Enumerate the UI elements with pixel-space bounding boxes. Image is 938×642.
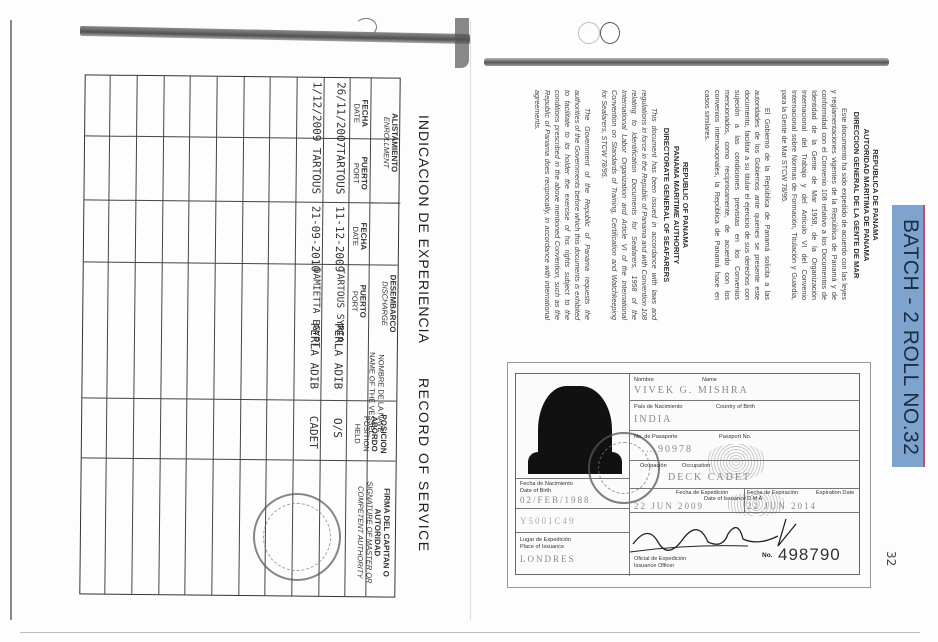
date-of-birth: 02/FEB/1988 <box>520 495 591 505</box>
card-number: 498790 <box>778 545 841 565</box>
batch-roll-label: BATCH - 2 ROLL NO.32 <box>898 219 922 455</box>
dob-label-es: Fecha de Nacimiento <box>520 481 573 487</box>
holder-name: VIVEK G. MISHRA <box>634 385 749 396</box>
signature-header: FIRMA DEL CAPITAN O AUTORIDADSIGNATURE O… <box>355 468 392 596</box>
entry-2-position: CADET <box>307 416 320 449</box>
dob-label-en: Date of Birth <box>520 488 551 494</box>
occupation-label-es: Ocupación <box>640 463 667 469</box>
record-title-english: RECORD OF SERVICE <box>416 378 432 553</box>
entry-1-vessel: PERLA ADIB <box>331 323 345 389</box>
discharge-port-header: PUERTOPORT <box>349 278 367 324</box>
officer-signature-icon <box>628 514 798 554</box>
punch-hole <box>355 18 377 36</box>
place-label-en: Place of Issuance <box>520 544 564 550</box>
issue-date: 22 JUN 2009 <box>634 501 704 511</box>
expiry-label-en: Expiration Date <box>816 490 854 496</box>
card-number-label: No. <box>762 552 772 559</box>
passport-number: …90978 <box>646 444 693 455</box>
enroll-date-header: FECHADATE <box>351 90 369 136</box>
expiry-date: 22 JUN 2014 <box>747 501 817 511</box>
binding-shadow-left <box>80 26 470 44</box>
name-label-es: Nombre <box>634 377 654 383</box>
enrollment-header: ALISTAMIENTOENROLLMENT <box>381 86 400 198</box>
birth-country: INDIA <box>634 414 672 425</box>
binding-shadow-corner <box>455 18 469 68</box>
birth-country-label-en: Country of Birth <box>716 404 755 410</box>
page-fold <box>470 20 471 620</box>
place-label-es: Lugar de Expedición <box>520 537 571 543</box>
scanned-seaman-book: INDICACION DE EXPERIENCIA RECORD OF SERV… <box>0 0 938 642</box>
reference-code: Y5001C49 <box>520 516 576 526</box>
record-title-spanish: INDICACION DE EXPERIENCIA <box>416 115 432 344</box>
discharge-date-header: FECHADATE <box>350 213 368 259</box>
page-edge <box>10 20 12 620</box>
page-edge-bottom <box>20 632 920 633</box>
entry-2-vessel: PERLA ADIB <box>307 323 321 389</box>
name-label-en: Name <box>702 377 717 383</box>
entry-1-enroll-port: TARTOUS <box>333 148 346 194</box>
official-stamp-icon <box>253 493 341 581</box>
spanish-notice: REPUBLICA DE PANAMA AUTORIDAD MARITIMA D… <box>695 90 880 300</box>
issue-label-en: Date of Issuance <box>704 496 746 502</box>
batch-roll-tag: BATCH - 2 ROLL NO.32 <box>892 205 925 467</box>
position-header: POSICION ABORDOPOSITION HELD <box>352 406 388 461</box>
birth-country-label-es: País de Nacimiento <box>634 404 683 410</box>
record-of-service-table: ALISTAMIENTOENROLLMENT DESEMBARCODISCHAR… <box>79 74 400 597</box>
passport-label-es: No. de Pasaporte <box>634 434 678 440</box>
entry-2-enroll-date: 1/12/2009 <box>310 82 324 142</box>
officer-label-en: Issuance Officer <box>634 563 674 569</box>
seafarer-id-card: Nombre Name VIVEK G. MISHRA País de Naci… <box>515 373 860 575</box>
entry-2-enroll-port: TARTOUS <box>309 148 322 194</box>
enroll-port-header: PUERTOPORT <box>351 150 369 196</box>
occupation-label-en: Occupation <box>682 463 710 469</box>
page-number: 32 <box>884 551 898 566</box>
entry-1-position: O/S <box>331 418 344 438</box>
entry-2-discharge-date: 21-09-2010 <box>309 206 323 272</box>
binding-shadow-right <box>484 58 889 66</box>
english-notice: REPUBLIC OF PANAMA PANAMA MARITIME AUTHO… <box>525 90 690 320</box>
entry-1-discharge-date: 11-12-2009 <box>333 206 347 272</box>
entry-1-enroll-date: 26/11/2007 <box>334 82 348 148</box>
punch-hole <box>578 22 600 44</box>
passport-label-en: Passport No. <box>719 434 751 440</box>
place-of-issuance: LONDRES <box>520 554 576 564</box>
punch-hole <box>600 22 620 44</box>
officer-label-es: Oficial de Expedición <box>634 556 686 562</box>
occupation: DECK CADET <box>668 472 751 483</box>
